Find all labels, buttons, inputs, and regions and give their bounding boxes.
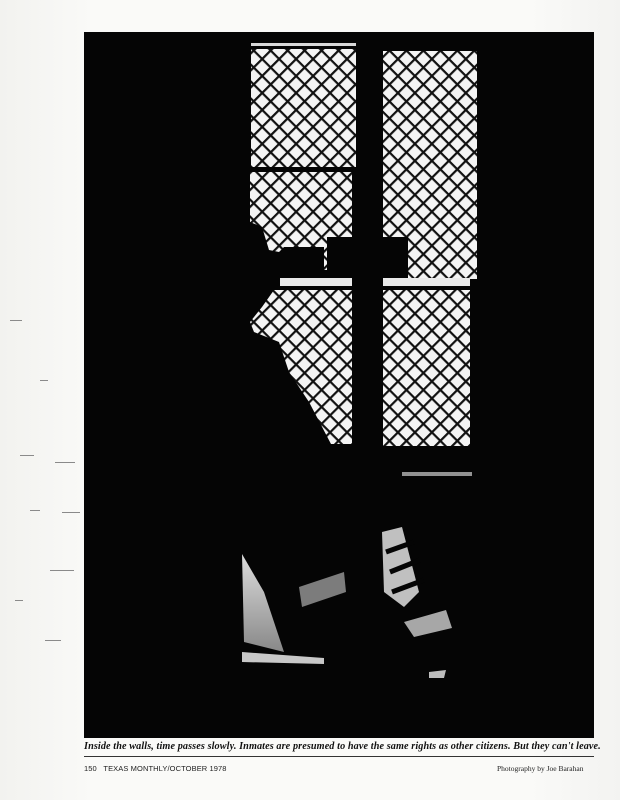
speckle bbox=[20, 455, 34, 456]
speckle bbox=[55, 462, 75, 463]
caption-rule bbox=[84, 756, 594, 757]
photograph bbox=[84, 32, 594, 738]
photo-credit: Photography by Joe Barahan bbox=[497, 764, 583, 773]
speckle bbox=[40, 380, 48, 381]
page-folio: 150 TEXAS MONTHLY/OCTOBER 1978 bbox=[84, 764, 227, 773]
speckle bbox=[30, 510, 40, 511]
speckle bbox=[15, 600, 23, 601]
speckle bbox=[62, 512, 80, 513]
publication-line: TEXAS MONTHLY/OCTOBER 1978 bbox=[103, 764, 226, 773]
speckle bbox=[45, 640, 61, 641]
page-number: 150 bbox=[84, 764, 97, 773]
photo-caption: Inside the walls, time passes slowly. In… bbox=[84, 741, 594, 752]
magazine-page: Inside the walls, time passes slowly. In… bbox=[0, 0, 620, 800]
prison-window-silhouette bbox=[84, 32, 594, 738]
speckle bbox=[50, 570, 74, 571]
speckle bbox=[10, 320, 22, 321]
